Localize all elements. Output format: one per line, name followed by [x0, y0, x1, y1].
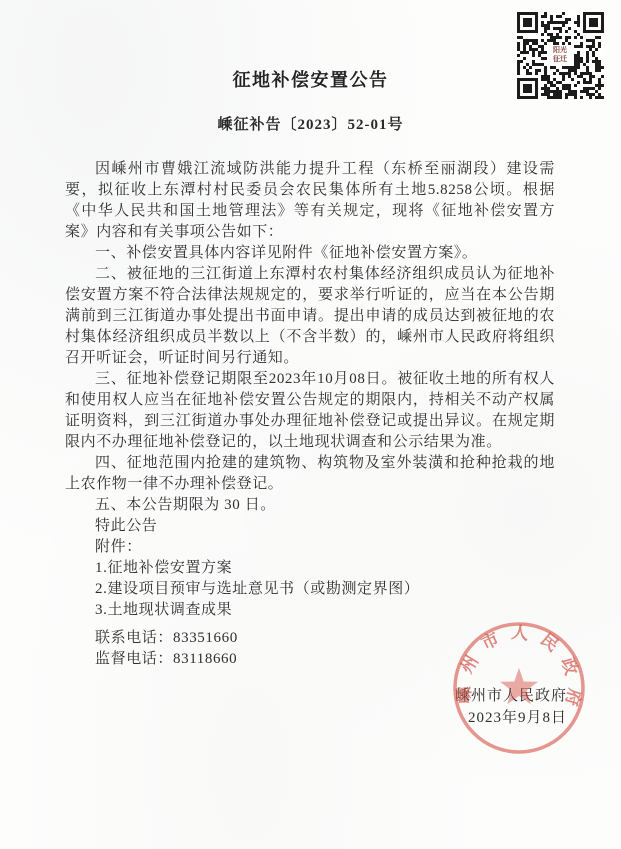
qr-code: 阳光 征迁 — [516, 10, 604, 102]
intro-paragraph: 因嵊州市曹娥江流域防洪能力提升工程（东桥至丽湖段）建设需要，拟征收上东潭村村民委… — [65, 159, 555, 243]
attachment-3: 3.土地现状调查成果 — [65, 600, 555, 621]
closing-line: 特此公告 — [65, 516, 555, 537]
announcement-item-1: 一、补偿安置具体内容详见附件《征地补偿安置方案》。 — [65, 243, 555, 264]
doc-body: 因嵊州市曹娥江流域防洪能力提升工程（东桥至丽湖段）建设需要，拟征收上东潭村村民委… — [65, 159, 555, 670]
announcement-item-2: 二、被征地的三江街道上东潭村农村集体经济组织成员认为征地补偿安置方案不符合法律法… — [65, 264, 555, 369]
announcement-item-4: 四、征地范围内抢建的建筑物、构筑物及室外装潢和抢种抢栽的地上农作物一律不办理补偿… — [65, 453, 555, 495]
announcement-item-5: 五、本公告期限为 30 日。 — [65, 495, 555, 516]
announcement-item-3: 三、征地补偿登记期限至2023年10月08日。被征收土地的所有权人和使用权人应当… — [65, 369, 555, 453]
scanned-announcement-page: 阳光 征迁 征地补偿安置公告 嵊征补告〔2023〕52-01号 因嵊州市曹娥江流… — [0, 0, 621, 849]
signature-block: 嵊州市人民政府 2023年9月8日 — [0, 685, 621, 729]
issue-date: 2023年9月8日 — [0, 707, 567, 729]
attachment-1: 1.征地补偿安置方案 — [65, 558, 555, 579]
qr-center-label: 阳光 征迁 — [549, 46, 571, 66]
doc-number: 嵊征补告〔2023〕52-01号 — [0, 113, 621, 134]
attachments-label: 附件： — [65, 537, 555, 558]
supervision-phone: 监督电话：83118660 — [65, 649, 555, 670]
qr-label-line2: 征迁 — [549, 55, 571, 64]
attachment-2: 2.建设项目预审与选址意见书（或勘测定界图） — [65, 579, 555, 600]
qr-label-line1: 阳光 — [549, 46, 571, 55]
issuer-name: 嵊州市人民政府 — [0, 685, 567, 707]
contact-phone: 联系电话：83351660 — [65, 628, 555, 649]
